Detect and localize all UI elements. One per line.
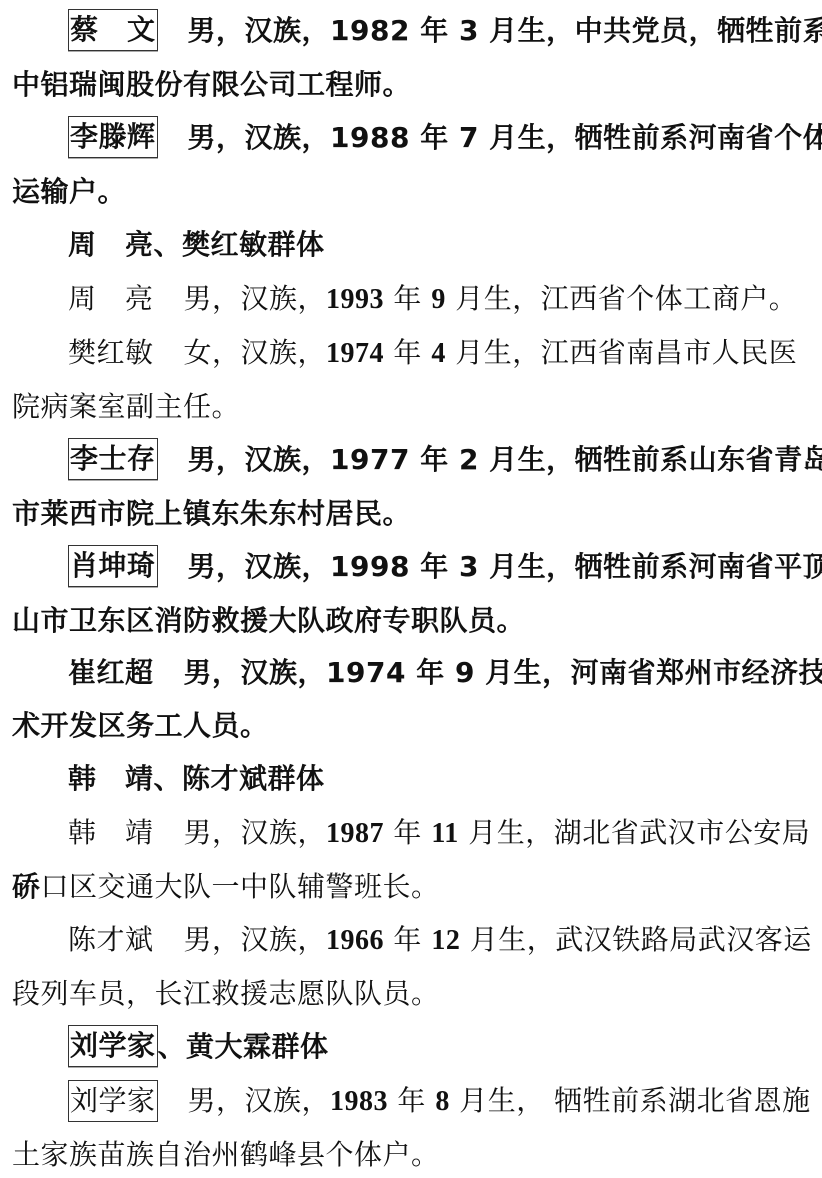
person-name: 樊红敏 (68, 336, 154, 369)
entry-text: 男，汉族，1988 年 7 月生，牺牲前系河南省个体 (188, 121, 822, 154)
entry-li-tenghui-line1: 李滕辉男，汉族，1988 年 7 月生，牺牲前系河南省个体 (68, 111, 822, 165)
entry-liu-xuejia-line2: 土家族苗族自治州鹤峰县个体户。 (12, 1128, 440, 1178)
person-name: 韩 靖 (68, 816, 154, 849)
entry-li-shicun-line2: 市莱西市院上镇东朱东村居民。 (12, 487, 411, 541)
name-box-li-shicun: 李士存 (68, 438, 158, 480)
bold-char: 硚 (12, 870, 41, 903)
entry-cai-wen-line2: 中铝瑞闽股份有限公司工程师。 (12, 58, 411, 112)
entry-xiao-kunqi-line2: 山市卫东区消防救援大队政府专职队员。 (12, 594, 525, 648)
entry-cui-hongchao-line2: 术开发区务工人员。 (12, 699, 269, 753)
group-title-zhou-fan: 周 亮、樊红敏群体 (68, 218, 325, 272)
entry-fan-hongmin-line1: 樊红敏女，汉族，1974 年 4 月生，江西省南昌市人民医 (68, 326, 797, 380)
entry-zhou-liang-line1: 周 亮男，汉族，1993 年 9 月生，江西省个体工商户。 (68, 272, 797, 326)
entry-xiao-kunqi-line1: 肖坤琦男，汉族，1998 年 3 月生，牺牲前系河南省平顶 (68, 540, 822, 594)
name-box-liu-xuejia-title: 刘学家 (68, 1025, 158, 1067)
person-name: 陈才斌 (68, 923, 154, 956)
entry-chen-caibin-line2: 段列车员，长江救援志愿队队员。 (12, 967, 440, 1021)
entry-li-shicun-line1: 李士存男，汉族，1977 年 2 月生，牺牲前系山东省青岛 (68, 433, 822, 487)
entry-han-jing-line1: 韩 靖男，汉族，1987 年 11 月生，湖北省武汉市公安局 (68, 806, 810, 860)
person-name: 周 亮 (68, 282, 154, 315)
name-box-cai-wen: 蔡 文 (68, 9, 158, 51)
entry-liu-xuejia-line1: 刘学家男，汉族，1983 年 8 月生， 牺牲前系湖北省恩施 (68, 1074, 811, 1128)
name-box-xiao-kunqi: 肖坤琦 (68, 545, 158, 587)
name-box-liu-xuejia: 刘学家 (68, 1080, 158, 1122)
person-name: 崔红超 (68, 656, 154, 689)
group-title-liu-huang: 刘学家、黄大霖群体 (68, 1020, 329, 1074)
name-box-li-tenghui: 李滕辉 (68, 116, 158, 158)
entry-cui-hongchao-line1: 崔红超男，汉族，1974 年 9 月生，河南省郑州市经济技 (68, 646, 822, 700)
entry-li-tenghui-line2: 运输户。 (12, 165, 126, 219)
group-title-han-chen: 韩 靖、陈才斌群体 (68, 752, 325, 806)
entry-cai-wen-line1: 蔡 文男，汉族，1982 年 3 月生，中共党员，牺牲前系 (68, 4, 822, 58)
entry-text: 男，汉族，1982 年 3 月生，中共党员，牺牲前系 (188, 14, 822, 47)
entry-fan-hongmin-line2: 院病案室副主任。 (12, 380, 240, 434)
entry-han-jing-line2: 硚口区交通大队一中队辅警班长。 (12, 860, 440, 914)
entry-chen-caibin-line1: 陈才斌男，汉族，1966 年 12 月生，武汉铁路局武汉客运 (68, 913, 812, 967)
